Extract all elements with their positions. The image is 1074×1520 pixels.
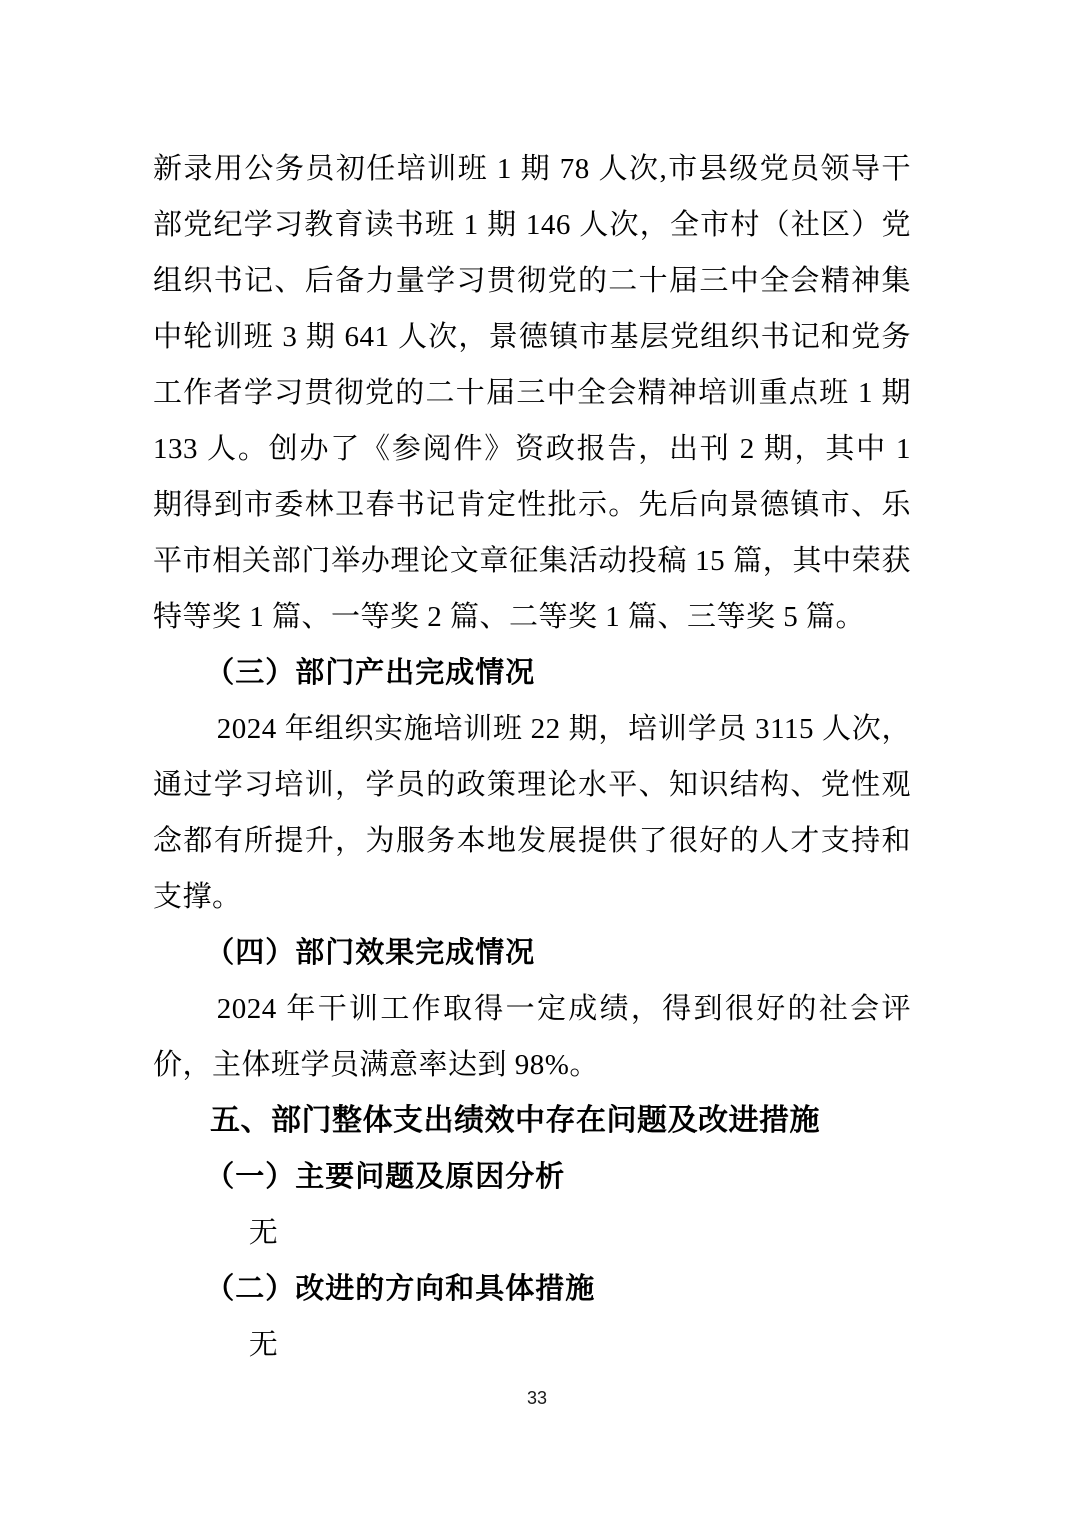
text-block: 新录用公务员初任培训班 1 期 78 人次,市县级党员领导干部党纪学习教育读书班… (153, 141, 911, 1373)
subsection-1-heading: （一）主要问题及原因分析 (153, 1149, 911, 1205)
subsection-2-heading: （二）改进的方向和具体措施 (153, 1261, 911, 1317)
section-4-paragraph: 2024 年干训工作取得一定成绩，得到很好的社会评价，主体班学员满意率达到 98… (153, 981, 911, 1093)
document-page: 新录用公务员初任培训班 1 期 78 人次,市县级党员领导干部党纪学习教育读书班… (0, 0, 1074, 1520)
section-3-paragraph: 2024 年组织实施培训班 22 期，培训学员 3115 人次，通过学习培训，学… (153, 701, 911, 925)
subsection-2-paragraph: 无 (153, 1317, 911, 1373)
subsection-1-paragraph: 无 (153, 1205, 911, 1261)
continuation-paragraph: 新录用公务员初任培训班 1 期 78 人次,市县级党员领导干部党纪学习教育读书班… (153, 141, 911, 645)
chapter-5-heading: 五、部门整体支出绩效中存在问题及改进措施 (153, 1093, 911, 1149)
section-3-heading: （三）部门产出完成情况 (153, 645, 911, 701)
page-number: 33 (0, 1387, 1074, 1409)
section-4-heading: （四）部门效果完成情况 (153, 925, 911, 981)
